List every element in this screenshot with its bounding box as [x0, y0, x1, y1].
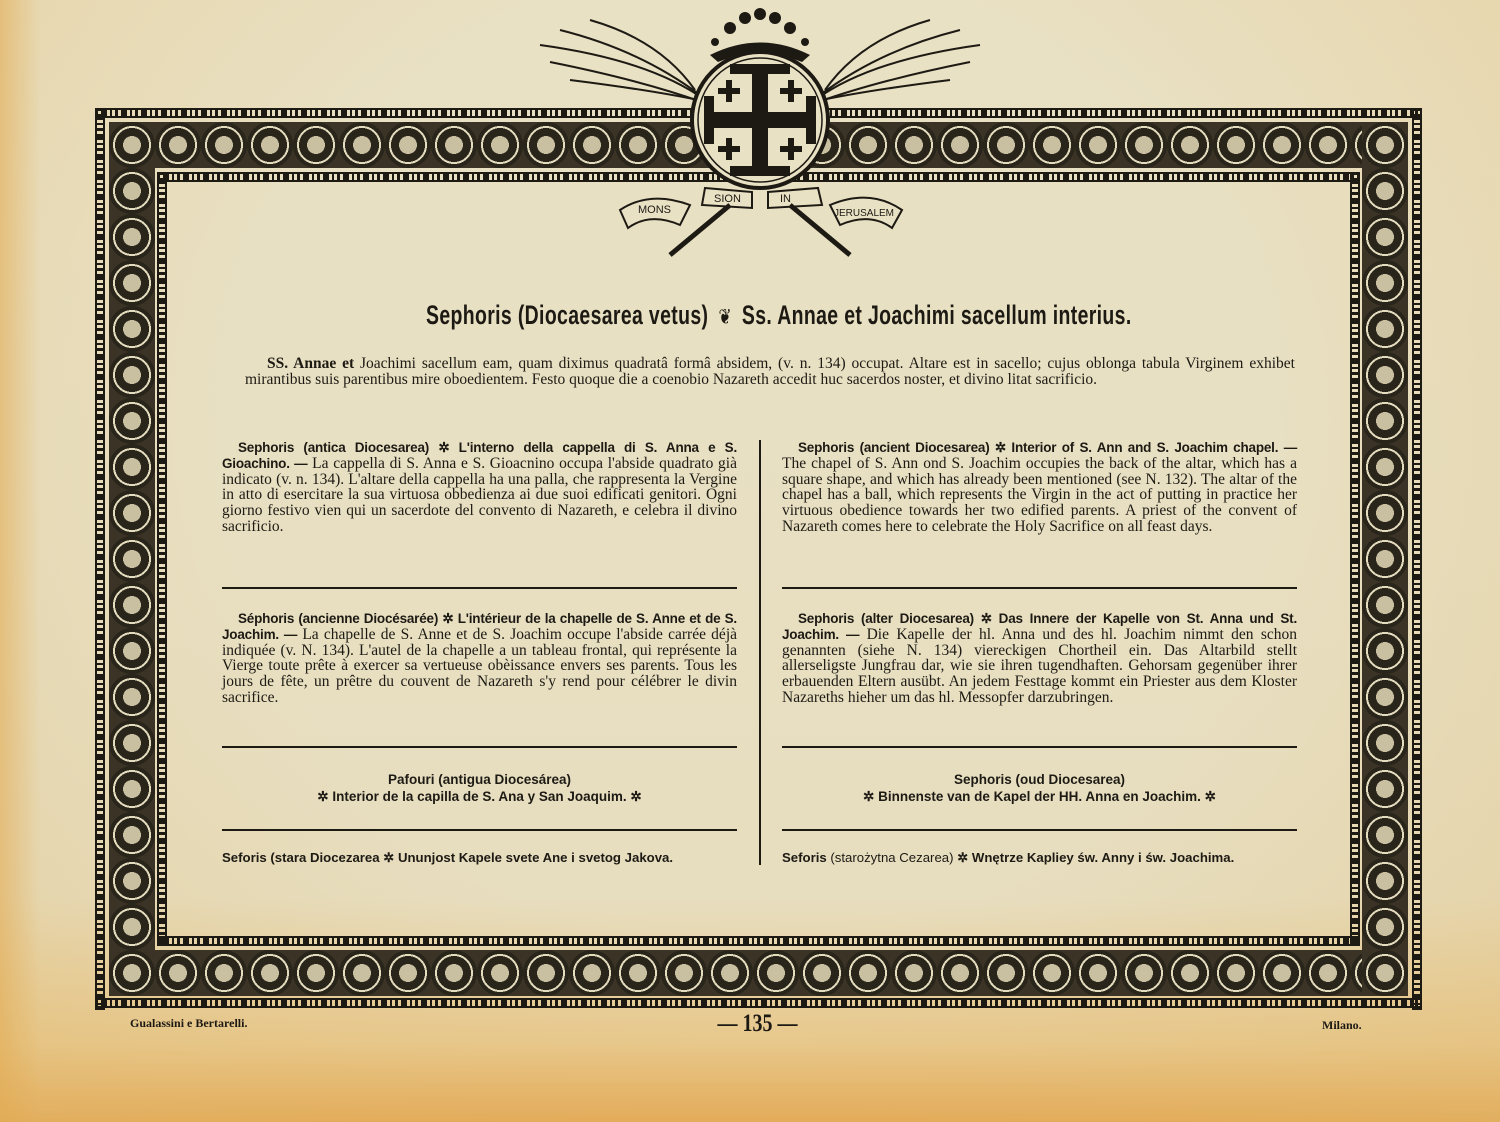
divider-rule — [222, 746, 737, 748]
section-polish: Seforis (starożytna Cezarea) ✲ Wnętrze K… — [782, 850, 1297, 866]
latin-paragraph: SS. Annae et Joachimi sacellum eam, quam… — [245, 356, 1295, 388]
fleuron-icon: ❦ — [718, 305, 731, 330]
svg-text:IN: IN — [780, 193, 791, 205]
polish-rest: ✲ Wnętrze Kapliey św. Anny i św. Joachim… — [957, 850, 1234, 865]
greek-key-bottom-inner — [157, 936, 1360, 946]
svg-text:MONS: MONS — [638, 204, 671, 216]
paper-edge-stain — [0, 0, 40, 1122]
polish-place: Seforis — [782, 850, 827, 865]
spanish-line-2: ✲ Interior de la capilla de S. Ana y San… — [222, 788, 737, 805]
section-english: Sephoris (ancient Diocesarea) ✲ Interior… — [782, 440, 1297, 535]
column-divider — [759, 440, 761, 865]
svg-text:JERUSALEM: JERUSALEM — [834, 208, 894, 219]
latin-lead: SS. Annae et — [267, 355, 354, 372]
section-heading: Sephoris (ancient Diocesarea) ✲ Interior… — [798, 440, 1297, 455]
vine-band-right — [1362, 122, 1408, 996]
divider-rule — [782, 587, 1297, 589]
divider-rule — [222, 587, 737, 589]
city-credit: Milano. — [1322, 1018, 1362, 1033]
section-dutch: Sephoris (oud Diocesarea) ✲ Binnenste va… — [782, 771, 1297, 805]
latin-text: Joachimi sacellum eam, quam diximus quad… — [245, 355, 1295, 388]
page-title: Sephoris (Diocaesarea vetus) ❦ Ss. Annae… — [426, 300, 1074, 331]
vine-band-left — [109, 122, 155, 996]
greek-key-bottom-outer — [95, 998, 1422, 1008]
title-part-place: Sephoris (Diocaesarea vetus) — [426, 300, 708, 330]
publisher-credit: Gualassini e Bertarelli. — [130, 1016, 247, 1031]
section-body: The chapel of S. Ann ond S. Joachim occu… — [782, 455, 1297, 535]
greek-key-left-outer — [95, 108, 105, 1010]
divider-rule — [782, 829, 1297, 831]
section-italian: Sephoris (antica Diocesarea) ✲ L'interno… — [222, 440, 737, 535]
greek-key-right-inner — [1350, 172, 1360, 946]
title-part-subject: Ss. Annae et Joachimi sacellum interius. — [742, 300, 1132, 330]
section-body: Die Kapelle der hl. Anna und des hl. Joa… — [782, 626, 1297, 706]
greek-key-right-outer — [1412, 108, 1422, 1010]
polish-paren: (starożytna Cezarea) — [827, 850, 957, 865]
section-spanish: Pafouri (antigua Diocesárea) ✲ Interior … — [222, 771, 737, 805]
svg-text:SION: SION — [714, 193, 741, 205]
section-french: Séphoris (ancienne Diocésarée) ✲ L'intér… — [222, 611, 737, 706]
jerusalem-cross-crest-icon: MONS SION IN JERUSALEM — [530, 0, 990, 268]
jerusalem-cross-emblem: MONS SION IN JERUSALEM — [530, 0, 990, 268]
vine-band-bottom — [109, 950, 1408, 996]
dutch-line-1: Sephoris (oud Diocesarea) — [782, 771, 1297, 788]
dutch-line-2: ✲ Binnenste van de Kapel der HH. Anna en… — [782, 788, 1297, 805]
divider-rule — [782, 746, 1297, 748]
divider-rule — [222, 829, 737, 831]
spanish-line-1: Pafouri (antigua Diocesárea) — [222, 771, 737, 788]
greek-key-left-inner — [157, 172, 167, 946]
page-number: — 135 — — [712, 1010, 804, 1038]
section-body: La chapelle de S. Anne et de S. Joachim … — [222, 626, 737, 706]
section-croatian: Seforis (stara Diocezarea ✲ Ununjost Kap… — [222, 850, 737, 866]
section-german: Sephoris (alter Diocesarea) ✲ Das Innere… — [782, 611, 1297, 706]
